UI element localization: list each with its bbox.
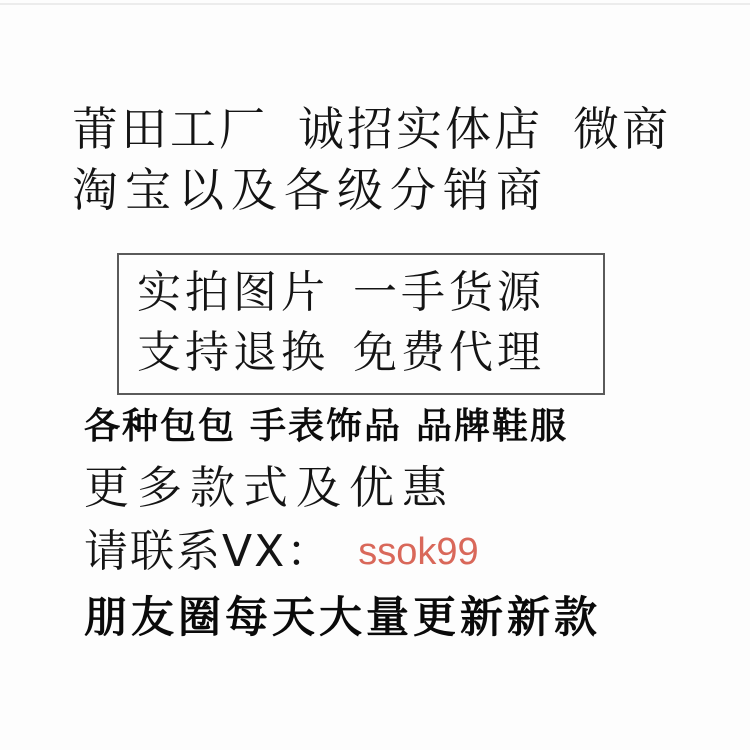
headline-recruit: 诚招实体店 [298,102,543,156]
contact-label: 请联系VX： [84,526,332,577]
category-brand-shoes-apparel: 品牌鞋服 [416,406,568,447]
promo-real-photos: 实拍图片 [137,267,329,318]
category-bags: 各种包包 [84,406,236,447]
promo-row-1: 实拍图片一手货源 [137,271,545,315]
promo-first-hand-source: 一手货源 [353,267,545,318]
headline-factory: 莆田工厂 [72,102,268,156]
headline-line-1: 莆田工厂诚招实体店微商 [72,106,671,152]
headline-line-2: 淘宝以及各级分销商 [72,167,549,213]
category-line: 各种包包手表饰品品牌鞋服 [84,409,568,445]
more-offers-text: 更多款式及优惠 [84,465,455,510]
promo-free-agency: 免费代理 [353,327,545,378]
headline-wechat-business: 微商 [573,102,671,156]
top-divider [0,3,750,5]
category-watches-jewelry: 手表饰品 [250,406,402,447]
contact-line: 请联系VX：ssok99 [84,530,479,574]
promo-box: 实拍图片一手货源 支持退换免费代理 [117,253,605,395]
promo-row-2: 支持退换免费代理 [137,331,545,375]
footer-note: 朋友圈每天大量更新新款 [84,597,601,640]
promo-returns: 支持退换 [137,327,329,378]
wechat-id: ssok99 [358,533,478,571]
